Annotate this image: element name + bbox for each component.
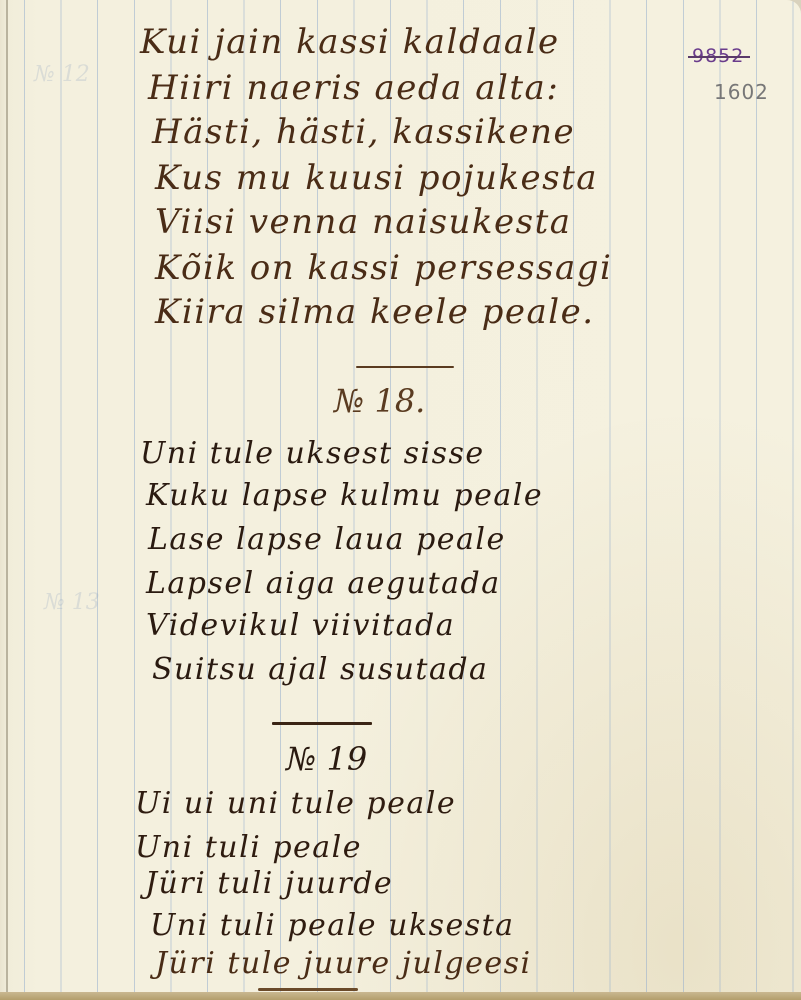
verse-line: Jüri tuli juurde bbox=[145, 866, 393, 901]
verse-line: Jüri tule juure julgeesi bbox=[155, 946, 532, 981]
verse-line: Ui ui uni tule peale bbox=[135, 786, 456, 821]
verse-line: Lase lapse laua peale bbox=[148, 522, 506, 557]
section-heading-18: № 18. bbox=[334, 382, 425, 420]
verse-line: Viisi venna naisukesta bbox=[155, 202, 572, 242]
bleed-through-number-12: № 12 bbox=[34, 62, 90, 87]
section-heading-19: № 19 bbox=[286, 740, 367, 778]
verse-line: Kuku lapse kulmu peale bbox=[146, 478, 543, 513]
section-divider bbox=[272, 722, 372, 725]
manuscript-page: № 12 № 13 9852 1602 Kui jain kassi kalda… bbox=[0, 0, 801, 1000]
verse-line: Uni tuli peale uksesta bbox=[150, 908, 515, 943]
phrase-underline bbox=[258, 988, 358, 991]
verse-line: Uni tule uksest sisse bbox=[140, 436, 485, 471]
verse-line: Suitsu ajal susutada bbox=[152, 652, 488, 687]
verse-line: Kui jain kassi kaldaale bbox=[140, 22, 560, 62]
verse-line: Uni tuli peale bbox=[135, 830, 362, 865]
verse-line: Hiiri naeris aeda alta: bbox=[148, 68, 559, 108]
verse-line: Kus mu kuusi pojukesta bbox=[155, 158, 598, 198]
archive-number: 1602 bbox=[714, 80, 769, 104]
verse-line: Hästi, hästi, kassikene bbox=[152, 112, 575, 152]
section-divider bbox=[356, 366, 454, 368]
verse-line: Kiira silma keele peale. bbox=[155, 292, 595, 332]
page-bottom-edge bbox=[0, 992, 801, 1000]
page-binding-edge bbox=[6, 0, 8, 1000]
verse-line: Lapsel aiga aegutada bbox=[146, 566, 501, 601]
verse-line: Kõik on kassi persessagi bbox=[155, 248, 612, 288]
archive-number-crossed-out: 9852 bbox=[692, 45, 744, 67]
verse-line: Videvikul viivitada bbox=[146, 608, 455, 643]
bleed-through-number-13: № 13 bbox=[44, 590, 100, 615]
